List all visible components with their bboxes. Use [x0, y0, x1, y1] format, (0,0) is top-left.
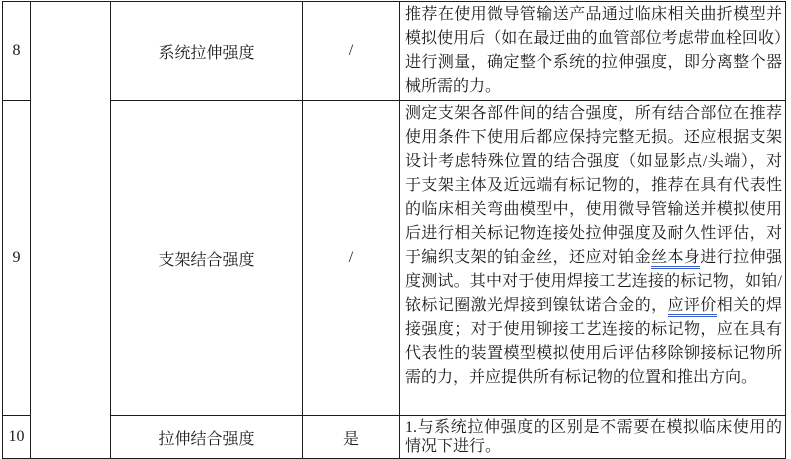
- applicable-cell: /: [303, 101, 400, 416]
- review-items-table: 8 系统拉伸强度 / 推荐在使用微导管输送产品通过临床相关曲折模型并模拟使用后（…: [2, 1, 786, 459]
- description-cell: 测定支架各部件间的结合强度，所有结合部位在推荐使用条件下使用后都应保持完整无损。…: [400, 101, 786, 416]
- applicable-cell: /: [303, 2, 400, 101]
- item-name-cell: 支架结合强度: [111, 101, 303, 416]
- row-number-cell: 10: [3, 416, 31, 459]
- description-text: 测定支架各部件间的结合强度，所有结合部位在推荐使用条件下使用后都应保持完整无损。…: [405, 105, 782, 266]
- description-text: 1.与系统拉伸强度的区别是不需要在模拟临床使用的情况下进行。: [405, 419, 782, 455]
- revision-underlined-text: 丝本身: [651, 249, 700, 269]
- description-cell: 推荐在使用微导管输送产品通过临床相关曲折模型并模拟使用后（如在最迂曲的血管部位考…: [400, 2, 786, 101]
- row-number-cell: 9: [3, 101, 31, 416]
- description-text: 推荐在使用微导管输送产品通过临床相关曲折模型并模拟使用后（如在最迂曲的血管部位考…: [405, 6, 782, 95]
- table-row-8: 8 系统拉伸强度 / 推荐在使用微导管输送产品通过临床相关曲折模型并模拟使用后（…: [3, 2, 786, 101]
- revision-underlined-text: 应评价: [668, 297, 717, 317]
- item-name-cell: 系统拉伸强度: [111, 2, 303, 101]
- document-page: 8 系统拉伸强度 / 推荐在使用微导管输送产品通过临床相关曲折模型并模拟使用后（…: [0, 0, 791, 459]
- merged-group-cell: [31, 2, 111, 459]
- table-row-9: 9 支架结合强度 / 测定支架各部件间的结合强度，所有结合部位在推荐使用条件下使…: [3, 101, 786, 416]
- description-cell: 1.与系统拉伸强度的区别是不需要在模拟临床使用的情况下进行。: [400, 416, 786, 459]
- applicable-cell: 是: [303, 416, 400, 459]
- row-number-cell: 8: [3, 2, 31, 101]
- table-row-10: 10 拉伸结合强度 是 1.与系统拉伸强度的区别是不需要在模拟临床使用的情况下进…: [3, 416, 786, 459]
- item-name-cell: 拉伸结合强度: [111, 416, 303, 459]
